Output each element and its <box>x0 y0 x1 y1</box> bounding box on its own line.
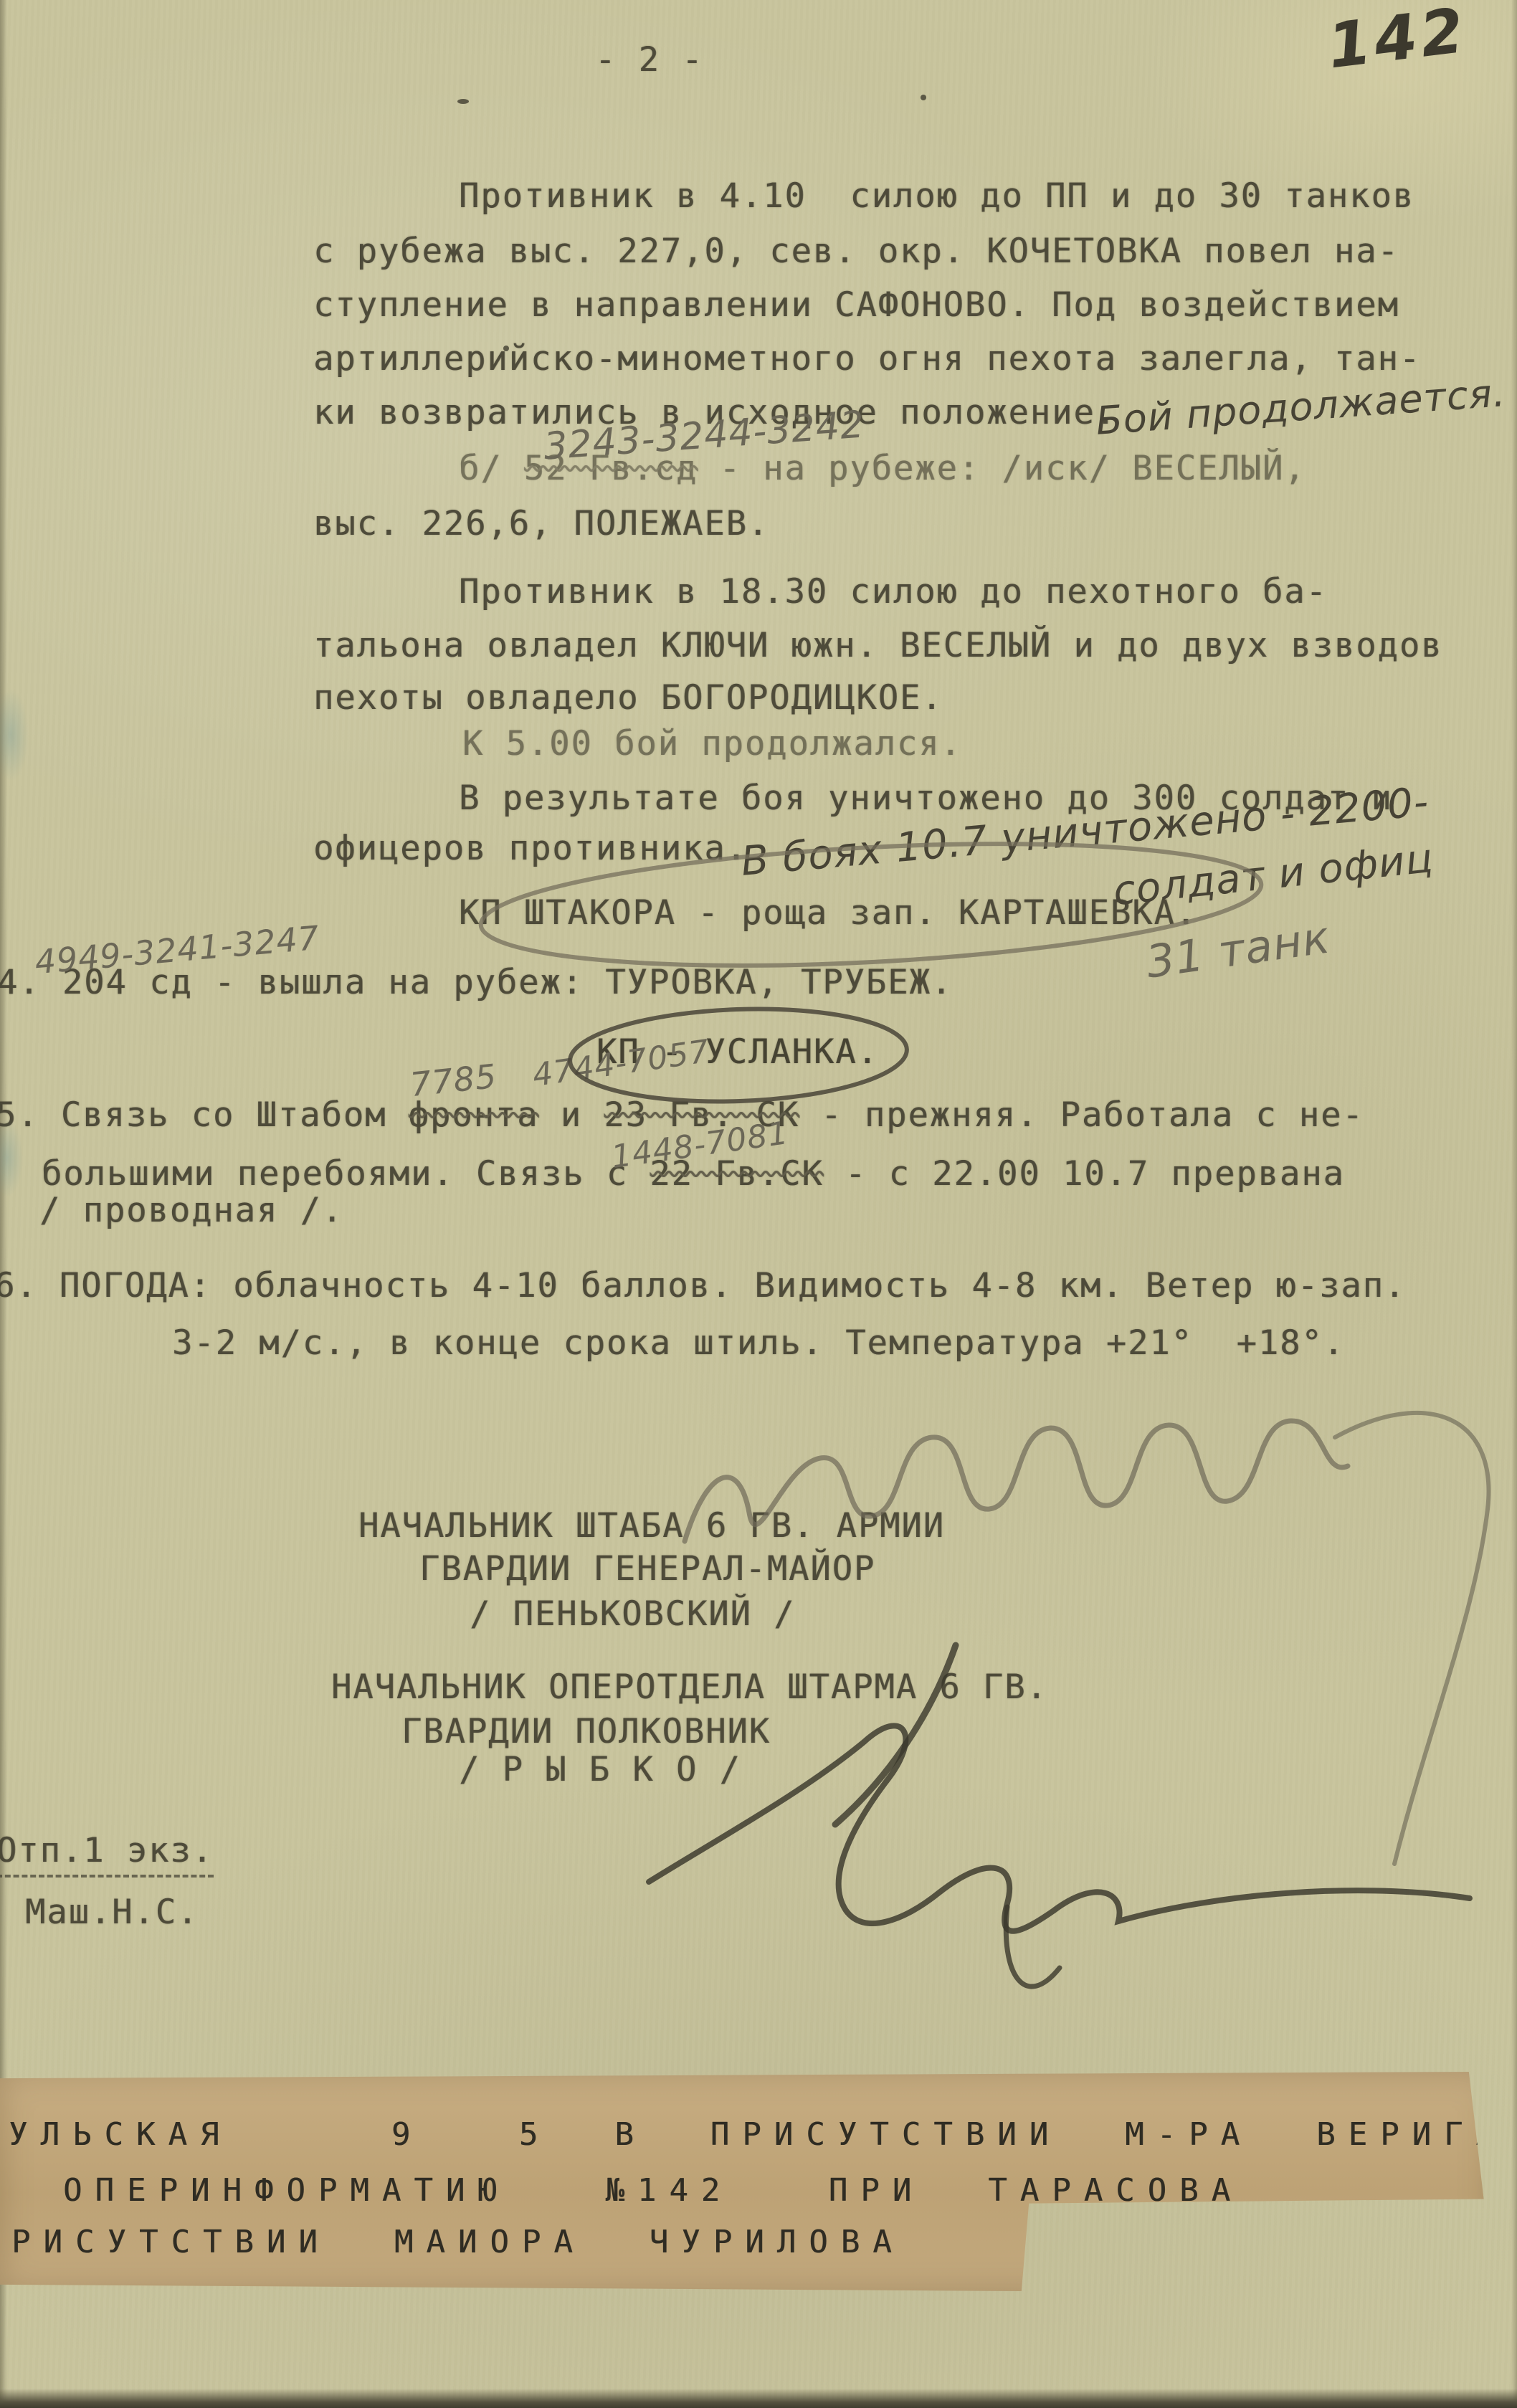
typed-line: ступление в направлении САФОНОВО. Под во… <box>313 287 1399 325</box>
typed-line: Противник в 18.30 силою до пехотного ба- <box>459 574 1328 611</box>
typed-segment: б/ <box>459 449 524 488</box>
signature-title-line: НАЧАЛЬНИК ОПЕРОТДЕЛА ШТАРМА 6 ГВ. <box>331 1669 1048 1707</box>
signature-rank-line: ГВАРДИИ ГЕНЕРАЛ-МАЙОР <box>419 1551 875 1589</box>
paper-speck <box>503 346 509 351</box>
typed-segment: - прежняя. Работала с не- <box>799 1095 1364 1135</box>
scanned-military-document: - 2 - 142 Противник в 4.10 силою до ПП и… <box>0 0 1517 2408</box>
signature-rank-line: ГВАРДИИ ПОЛКОВНИК <box>401 1713 771 1751</box>
typist-initials: Маш.Н.С. <box>25 1894 199 1932</box>
page-left-edge <box>0 0 7 2408</box>
tape-strip-line: РИСУТСТВИИ МАИОРА ЧУРИЛОВА <box>11 2224 905 2260</box>
tape-strip-line: ОПЕРИНФОРМАТИЮ №142 ПРИ ТАРАСОВА <box>63 2172 1243 2209</box>
typed-line: К 5.00 бой продолжался. <box>462 725 962 763</box>
copies-note-text: Отп.1 экз. <box>0 1831 214 1878</box>
typed-line: / проводная /. <box>39 1192 343 1230</box>
typed-line-weather: 3-2 м/с., в конце срока штиль. Температу… <box>172 1325 1345 1363</box>
typed-line: артиллерийско-минометного огня пехота за… <box>313 341 1421 379</box>
paper-speck <box>457 99 469 104</box>
signature-name-line: / Р Ы Б К О / <box>459 1751 741 1789</box>
tape-strip-line: УЛЬСКАЯ 9 5 В ПРИСУТСТВИИ М-РА ВЕРИГА <box>9 2116 1508 2153</box>
typed-line: тальона овладел КЛЮЧИ южн. ВЕСЕЛЫЙ и до … <box>313 627 1442 665</box>
folio-number-handwritten: 142 <box>1324 0 1471 82</box>
pencil-signature-flourish <box>1335 1413 1488 1864</box>
ink-smudge <box>0 1118 23 1197</box>
ink-smudge <box>0 688 29 781</box>
page-number: - 2 - <box>595 42 703 80</box>
typed-line: выс. 226,6, ПОЛЕЖАЕВ. <box>313 505 769 543</box>
page-right-edge <box>1511 0 1517 2408</box>
ink-signature-rybko <box>649 1726 1470 1931</box>
typed-line-weather: 6. ПОГОДА: облачность 4-10 баллов. Видим… <box>0 1267 1406 1305</box>
ink-signature-descender <box>1006 1907 1060 1986</box>
typed-line: с рубежа выс. 227,0, сев. окр. КОЧЕТОВКА… <box>313 233 1399 271</box>
typed-segment: - с 22.00 10.7 прервана <box>824 1154 1345 1194</box>
typed-segment: - на рубеже: /иск/ ВЕСЕЛЫЙ, <box>698 449 1306 488</box>
typed-segment: 5. Связь со Штабом <box>0 1095 409 1135</box>
typed-segment: большими перебоями. Связь с <box>42 1154 650 1194</box>
signature-title-line: НАЧАЛЬНИК ШТАБА 6 ГВ. АРМИИ <box>358 1508 945 1546</box>
copies-note: Отп.1 экз. <box>0 1832 214 1870</box>
taped-paper-strip: УЛЬСКАЯ 9 5 В ПРИСУТСТВИИ М-РА ВЕРИГА ОП… <box>0 2072 1491 2291</box>
typed-line: пехоты овладело БОГОРОДИЦКОЕ. <box>313 680 943 718</box>
typed-segment: и <box>538 1095 604 1135</box>
paper-speck <box>921 95 926 100</box>
scan-bottom-edge <box>0 2389 1517 2408</box>
typed-line-command-post: КП ШТАКОРА - роща зап. КАРТАШЕВКА. <box>459 895 1197 933</box>
handwritten-note-battle-continues: Бой продолжается. <box>1095 370 1508 444</box>
typed-line: офицеров противника. <box>313 830 748 868</box>
signature-name-line: / ПЕНЬКОВСКИЙ / <box>470 1596 795 1634</box>
typed-line: Противник в 4.10 силою до ПП и до 30 тан… <box>459 178 1414 216</box>
